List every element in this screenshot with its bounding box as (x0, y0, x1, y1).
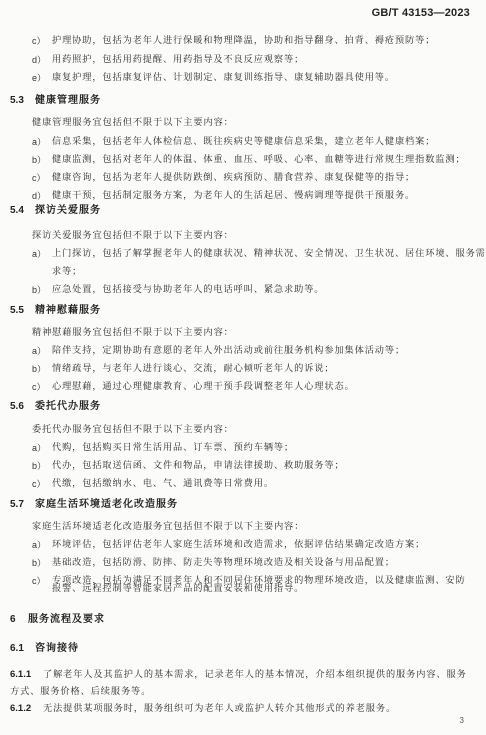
list-item-text: 康复护理，包括康复评估、计划制定、康复训练指导、康复辅助器具使用等。 (52, 72, 395, 84)
list-item-text: 护理协助，包括为老年人进行保暖和物理降温，协助和指导翻身、拍背、褥疮预防等； (52, 35, 435, 47)
list-item-text: 用药照护，包括用药提醒、用药指导及不良反应观察等； (52, 54, 304, 66)
standard-code: GB/T 43153—2023 (372, 7, 470, 19)
page-number: 3 (460, 716, 464, 725)
